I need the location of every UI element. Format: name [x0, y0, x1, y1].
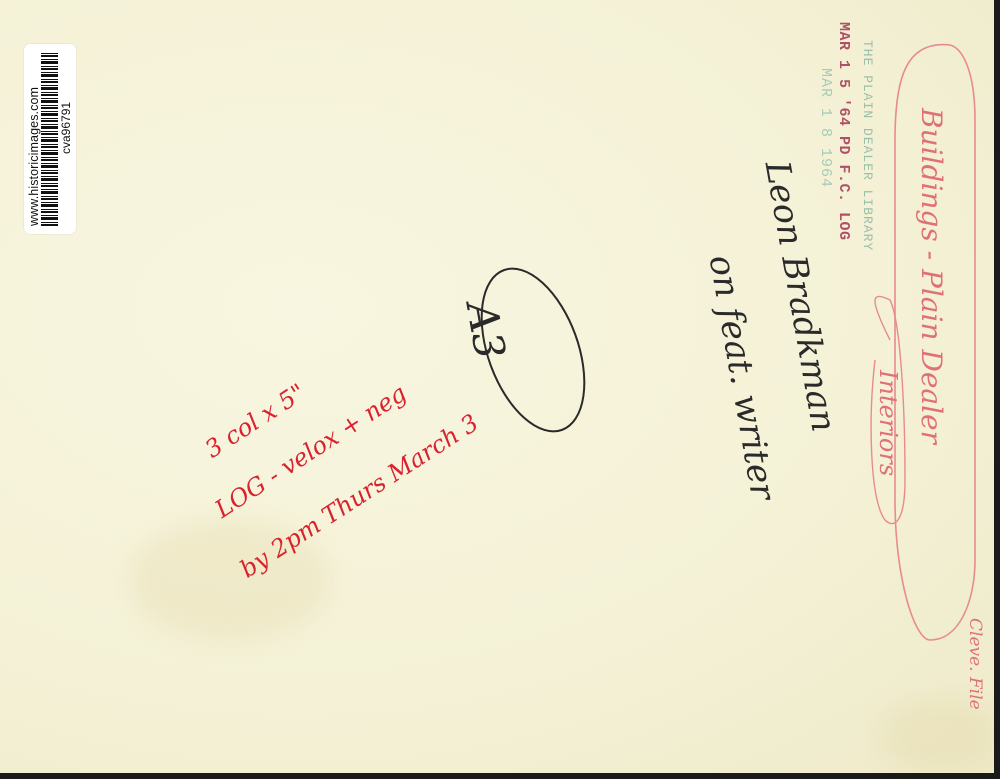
pink-corner-note: Cleve. File	[965, 618, 985, 710]
pink-subtitle-note: Interiors	[874, 370, 902, 476]
pink-title-note: Buildings - Plain Dealer	[915, 108, 948, 444]
circled-mark-label: A3	[457, 298, 515, 363]
ink-strokes	[0, 0, 1000, 779]
